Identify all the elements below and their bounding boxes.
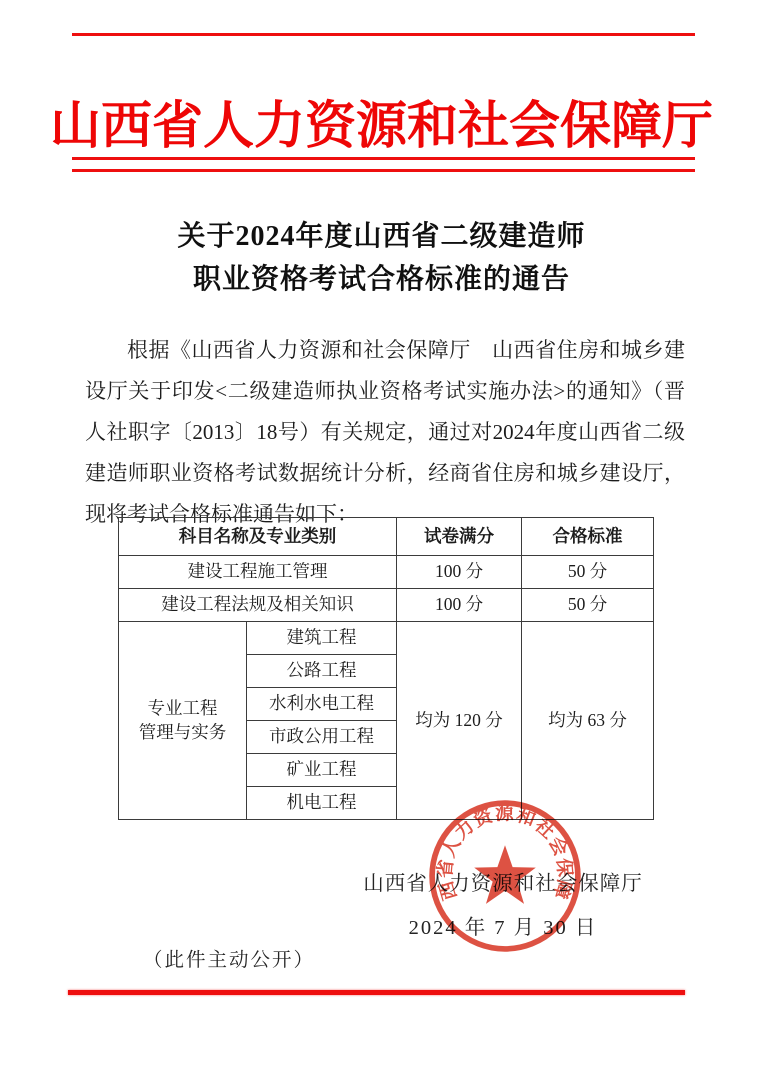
- document-page: 山西省人力资源和社会保障厅 关于2024年度山西省二级建造师 职业资格考试合格标…: [0, 0, 763, 1080]
- column-header-subject: 科目名称及专业类别: [119, 518, 397, 556]
- full-score-cell: 100 分: [397, 556, 522, 589]
- table-row: 建设工程施工管理 100 分 50 分: [119, 556, 654, 589]
- document-title-line2: 职业资格考试合格标准的通告: [0, 258, 763, 301]
- document-title-line1: 关于2024年度山西省二级建造师: [0, 215, 763, 258]
- table-row: 专业工程 管理与实务 建筑工程 均为 120 分 均为 63 分: [119, 622, 654, 655]
- subject-group-line1: 专业工程: [119, 697, 246, 721]
- full-score-merged-cell: 均为 120 分: [397, 622, 522, 820]
- body-line: 设厅关于印发<二级建造师执业资格考试实施办法>的通知》（晋: [85, 371, 685, 412]
- body-line: 根据《山西省人力资源和社会保障厅 山西省住房和城乡建: [85, 330, 685, 371]
- pass-standard-table: 科目名称及专业类别 试卷满分 合格标准 建设工程施工管理 100 分 50 分 …: [118, 517, 654, 820]
- body-line: 建造师职业资格考试数据统计分析，经商省住房和城乡建设厅，: [85, 453, 685, 494]
- subject-cell: 建设工程施工管理: [119, 556, 397, 589]
- specialty-cell: 水利水电工程: [247, 688, 397, 721]
- specialty-cell: 市政公用工程: [247, 721, 397, 754]
- subject-group-line2: 管理与实务: [119, 721, 246, 745]
- pass-score-merged-cell: 均为 63 分: [522, 622, 654, 820]
- subject-cell: 建设工程法规及相关知识: [119, 589, 397, 622]
- body-line: 人社职字〔2013〕18号）有关规定，通过对2024年度山西省二级: [85, 412, 685, 453]
- column-header-full-score: 试卷满分: [397, 518, 522, 556]
- document-title: 关于2024年度山西省二级建造师 职业资格考试合格标准的通告: [0, 215, 763, 301]
- bottom-red-rule: [68, 990, 685, 995]
- top-red-rule: [72, 33, 695, 36]
- specialty-cell: 机电工程: [247, 787, 397, 820]
- table-row: 建设工程法规及相关知识 100 分 50 分: [119, 589, 654, 622]
- seal-star-icon: [474, 845, 536, 904]
- header-double-rule: [72, 157, 695, 172]
- subject-group-cell: 专业工程 管理与实务: [119, 622, 247, 820]
- official-seal: 山西省人力资源和社会保障厅: [420, 795, 590, 957]
- specialty-cell: 公路工程: [247, 655, 397, 688]
- specialty-cell: 矿业工程: [247, 754, 397, 787]
- pass-score-cell: 50 分: [522, 589, 654, 622]
- table-header-row: 科目名称及专业类别 试卷满分 合格标准: [119, 518, 654, 556]
- agency-header: 山西省人力资源和社会保障厅: [0, 84, 763, 158]
- disclosure-note: （此件主动公开）: [143, 944, 315, 972]
- specialty-cell: 建筑工程: [247, 622, 397, 655]
- column-header-pass-score: 合格标准: [522, 518, 654, 556]
- body-paragraph: 根据《山西省人力资源和社会保障厅 山西省住房和城乡建 设厅关于印发<二级建造师执…: [85, 330, 685, 535]
- pass-score-cell: 50 分: [522, 556, 654, 589]
- full-score-cell: 100 分: [397, 589, 522, 622]
